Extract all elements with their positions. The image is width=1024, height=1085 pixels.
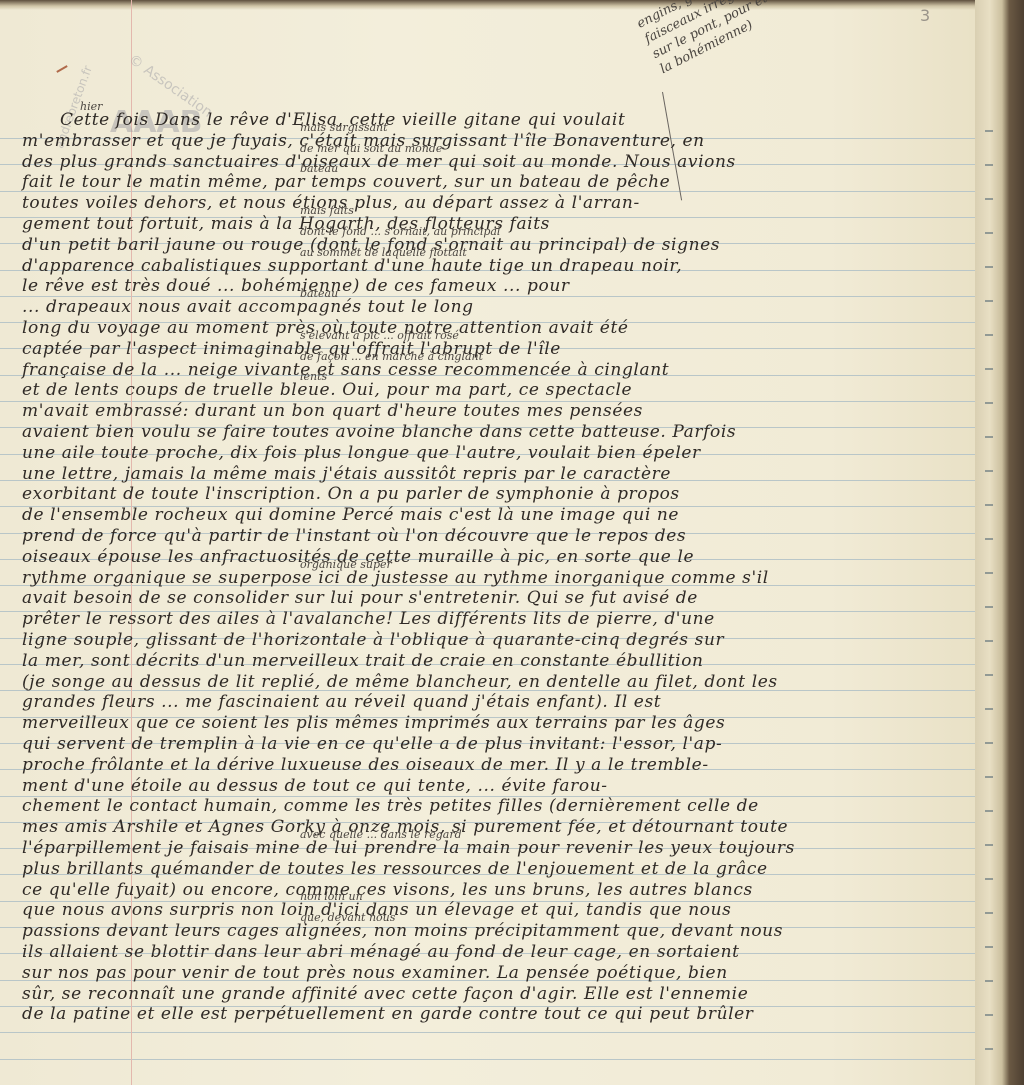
binding-tick	[985, 470, 993, 472]
manuscript-line: chement le contact humain, comme les trè…	[22, 796, 759, 816]
margin-note: engins, groupés en faisceaux irréguliers…	[634, 0, 870, 78]
interlinear-insertion: mais faits	[300, 204, 354, 217]
manuscript-line: proche frôlante et la dérive luxueuse de…	[22, 755, 709, 775]
manuscript-line: d'apparence cabalistiques supportant d'u…	[22, 256, 682, 276]
manuscript-line: exorbitant de toute l'inscription. On a …	[22, 484, 680, 504]
binding-tick	[985, 130, 993, 132]
binding-tick	[985, 708, 993, 710]
interlinear-insertion: de mer qui soit au monde	[300, 142, 442, 155]
manuscript-line: plus brillants quémander de toutes les r…	[22, 859, 768, 879]
binding-tick	[985, 198, 993, 200]
page-number: 3	[920, 6, 930, 25]
manuscript-line: passions devant leurs cages alignées, no…	[22, 921, 783, 941]
manuscript-line: ligne souple, glissant de l'horizontale …	[22, 630, 724, 650]
manuscript-line: avaient bien voulu se faire toutes avoin…	[22, 422, 736, 442]
binding-tick	[985, 606, 993, 608]
interlinear-insertion: organique super	[300, 558, 392, 571]
manuscript-line: de l'ensemble rocheux qui domine Percé m…	[22, 505, 679, 525]
binding-tick	[985, 912, 993, 914]
binding-tick	[985, 742, 993, 744]
interlinear-insertion: lents	[300, 370, 327, 383]
binding-tick	[985, 266, 993, 268]
manuscript-line: prêter le ressort des ailes à l'avalanch…	[22, 609, 715, 629]
manuscript-page: © Association AAAB andrebreton.fr 3 engi…	[0, 0, 975, 1085]
binding-tick	[985, 810, 993, 812]
binding-tick	[985, 572, 993, 574]
binding-tick	[985, 504, 993, 506]
manuscript-line: qui servent de tremplin à la vie en ce q…	[22, 734, 722, 754]
interlinear-insertion: que, devant nous	[300, 911, 395, 924]
binding-tick	[985, 402, 993, 404]
manuscript-line: ils allaient se blottir dans leur abri m…	[22, 942, 740, 962]
interlinear-insertion: hier	[80, 100, 102, 113]
binding-tick	[985, 674, 993, 676]
manuscript-line: française de la ... neige vivante et san…	[22, 360, 669, 380]
binding-tick	[985, 844, 993, 846]
binding-tick	[985, 300, 993, 302]
interlinear-insertion: dont le fond ... s'ornait, au principal	[300, 225, 500, 238]
manuscript-line: sûr, se reconnaît une grande affinité av…	[22, 984, 748, 1004]
manuscript-line: merveilleux que ce soient les plis mêmes…	[22, 713, 725, 733]
interlinear-insertion: de façon ... en marche à cinglant	[300, 350, 483, 363]
interlinear-insertion: s'élevant à pic ... offrait rosé	[300, 329, 459, 342]
binding-tick	[985, 1014, 993, 1016]
binding-tick	[985, 878, 993, 880]
binding-tick	[985, 538, 993, 540]
interlinear-insertion: bateau	[300, 287, 338, 300]
manuscript-line: ce qu'elle fuyait) ou encore, comme ces …	[22, 880, 753, 900]
manuscript-line: grandes fleurs ... me fascinaient au rév…	[22, 692, 661, 712]
binding-tick	[985, 164, 993, 166]
page-top-shadow	[0, 0, 975, 10]
manuscript-line: ment d'une étoile au dessus de tout ce q…	[22, 776, 608, 796]
notebook-binding	[975, 0, 1024, 1085]
manuscript-line: des plus grands sanctuaires d'oiseaux de…	[22, 152, 736, 172]
ruled-line	[0, 1032, 975, 1033]
manuscript-line: prend de force qu'à partir de l'instant …	[22, 526, 686, 546]
manuscript-line: (je songe au dessus de lit replié, de mê…	[22, 672, 778, 692]
interlinear-insertion: mais surgissant	[300, 121, 388, 134]
manuscript-line: la mer, sont décrits d'un merveilleux tr…	[22, 651, 704, 671]
interlinear-insertion: non loin un	[300, 890, 363, 903]
manuscript-line: avait besoin de se consolider sur lui po…	[22, 588, 698, 608]
binding-tick	[985, 368, 993, 370]
manuscript-line: ... drapeaux nous avait accompagnés tout…	[22, 297, 474, 317]
manuscript-line: fait le tour le matin même, par temps co…	[22, 172, 670, 192]
binding-tick	[985, 980, 993, 982]
binding-tick	[985, 640, 993, 642]
manuscript-line: une lettre, jamais la même mais j'étais …	[22, 464, 671, 484]
manuscript-line: et de lents coups de truelle bleue. Oui,…	[22, 380, 632, 400]
interlinear-insertion: bateau	[300, 162, 338, 175]
interlinear-insertion: au sommet de laquelle flottait	[300, 246, 467, 259]
binding-tick	[985, 946, 993, 948]
binding-tick	[985, 436, 993, 438]
manuscript-line: le rêve est très doué ... bohémienne) de…	[22, 276, 570, 296]
red-pencil-mark	[56, 65, 67, 73]
binding-tick	[985, 1048, 993, 1050]
manuscript-line: de la patine et elle est perpétuellement…	[22, 1004, 754, 1024]
binding-tick	[985, 776, 993, 778]
binding-tick	[985, 232, 993, 234]
interlinear-insertion: avec quelle ... dans le regard	[300, 828, 462, 841]
ruled-line	[0, 1059, 975, 1060]
binding-tick	[985, 334, 993, 336]
manuscript-line: l'éparpillement je faisais mine de lui p…	[22, 838, 795, 858]
manuscript-line: rythme organique se superpose ici de jus…	[22, 568, 769, 588]
manuscript-line: m'avait embrassé: durant un bon quart d'…	[22, 401, 643, 421]
manuscript-line: une aile toute proche, dix fois plus lon…	[22, 443, 701, 463]
manuscript-line: sur nos pas pour venir de tout près nous…	[22, 963, 728, 983]
